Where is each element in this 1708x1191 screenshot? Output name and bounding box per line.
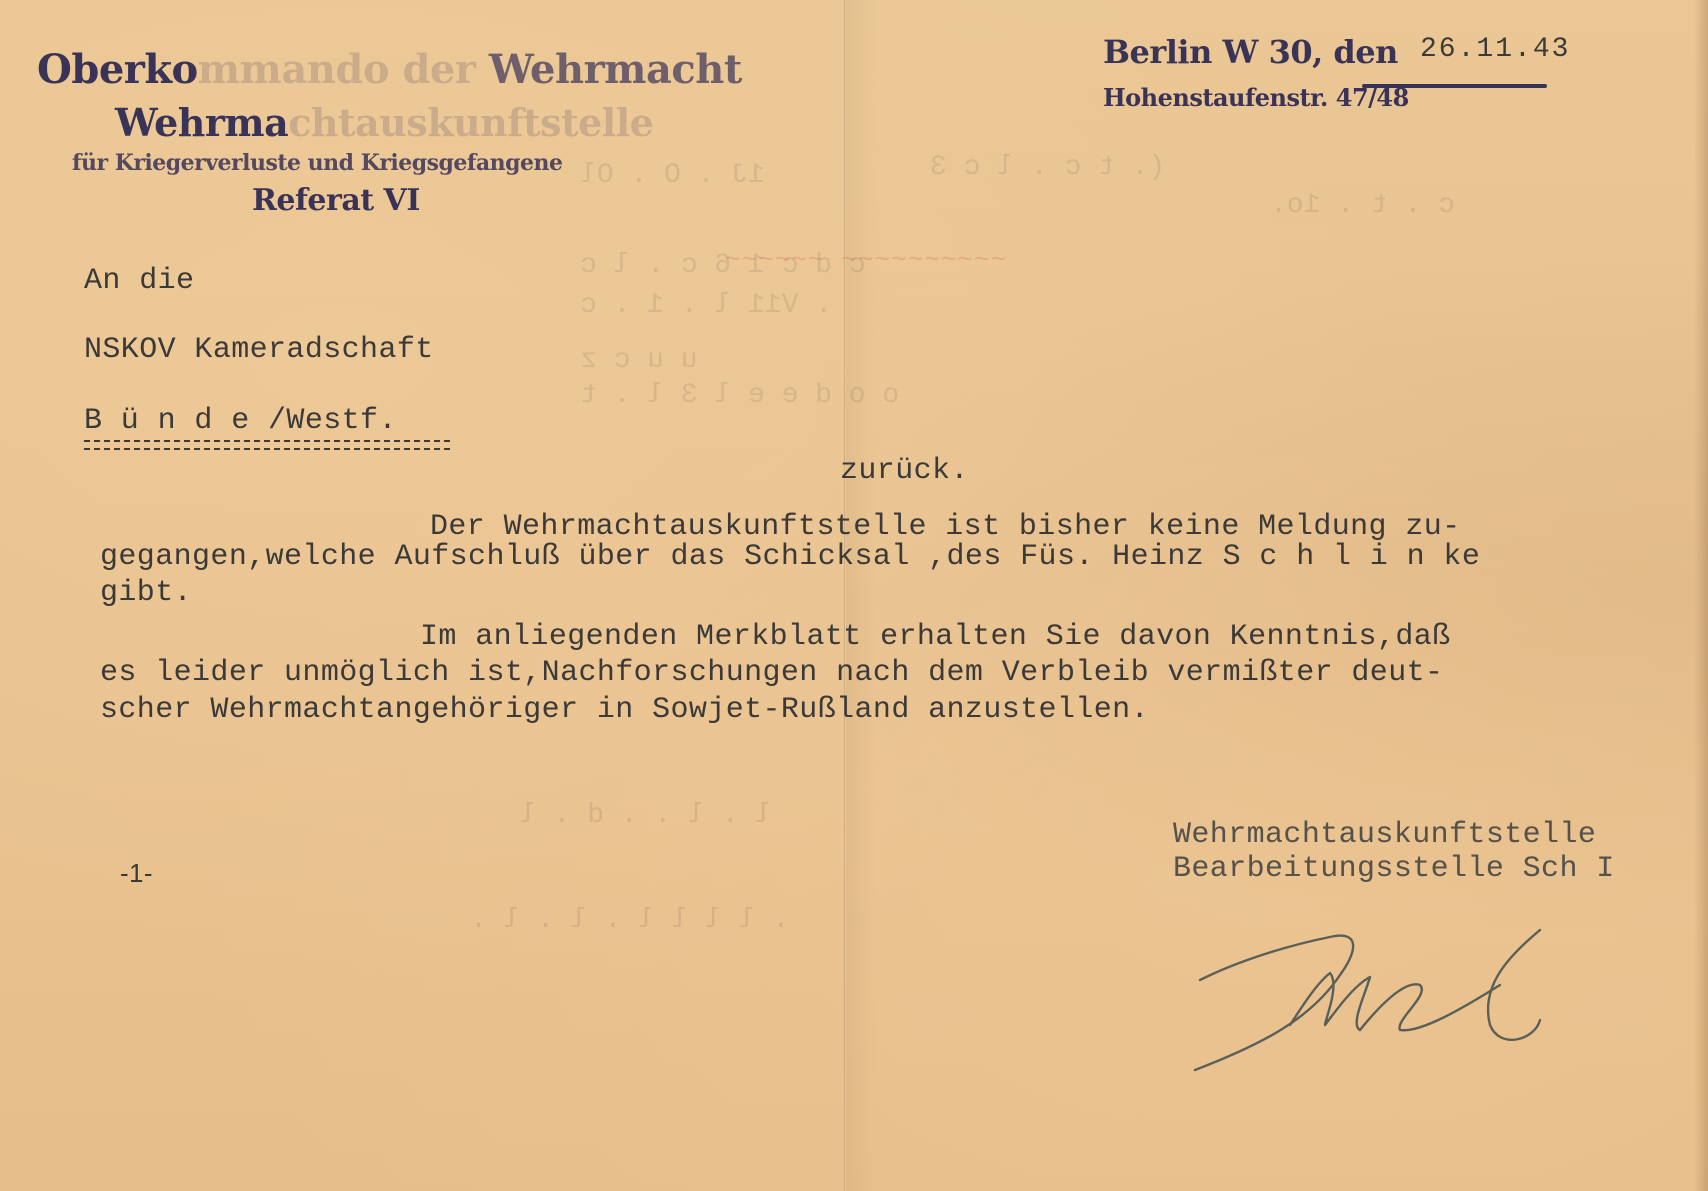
show-through-text: (. t c . l c 3 (930, 152, 1165, 183)
letterhead-stamp-line1: Oberkommando der Wehrmacht (37, 50, 742, 90)
letter-date: 26.11.43 (1420, 36, 1570, 64)
letterhead-stamp-line2: Wehrmachtauskunftstelle (115, 104, 653, 142)
paragraph2-line2: es leider unmöglich ist,Nachforschungen … (100, 658, 1443, 688)
paragraph1-line2: gegangen,welche Aufschluß über das Schic… (100, 542, 1480, 572)
recipient-line1: An die (84, 266, 194, 296)
street-stamp: Hohenstaufenstr. 47/48 (1103, 86, 1409, 110)
show-through-text: l . l . . d . l (520, 800, 772, 831)
paragraph1-line1: Der Wehrmachtauskunftstelle ist bisher k… (430, 512, 1461, 542)
show-through-text: c . t . 1o. (1270, 190, 1455, 221)
red-stamp-residue: ~~~~~~ ~~~~~~~~~~ (725, 245, 1007, 275)
recipient-line2: NSKOV Kameradschaft (84, 335, 434, 365)
paper-fold-shadow (846, 0, 876, 1191)
show-through-text: 1J . O . Ol (580, 160, 765, 191)
show-through-text: . l l l l . l . l . (470, 905, 789, 936)
return-note: zurück. (840, 456, 969, 486)
paper-edge-shadow (1694, 0, 1708, 1191)
recipient-line3: B ü n d e /Westf. (84, 406, 397, 436)
recipient-double-underline (84, 440, 450, 450)
handwritten-signature-icon (1190, 925, 1560, 1075)
show-through-text: o o d e e l 3 l . t (580, 380, 899, 411)
letterhead-stamp-line4: Referat VI (252, 186, 420, 216)
page-number: -1- (120, 860, 153, 886)
city-stamp: Berlin W 30, den (1103, 36, 1398, 68)
signature-block-line2: Bearbeitungsstelle Sch I (1173, 854, 1615, 884)
document-page: 1J . O . Ol (. t c . l c 3 c . t . 1o. c… (0, 0, 1708, 1191)
paragraph2-line1: Im anliegenden Merkblatt erhalten Sie da… (420, 622, 1451, 652)
paragraph2-line3: scher Wehrmachtangehöriger in Sowjet-Ruß… (100, 695, 1149, 725)
paragraph1-line3: gibt. (100, 578, 192, 608)
show-through-text: u u c z (580, 345, 698, 376)
signature-block-line1: Wehrmachtauskunftstelle (1173, 820, 1596, 850)
letterhead-stamp-line3: für Kriegerverluste und Kriegsgefangene (72, 152, 563, 174)
show-through-text: . V11 l . 1 . c (580, 290, 832, 321)
